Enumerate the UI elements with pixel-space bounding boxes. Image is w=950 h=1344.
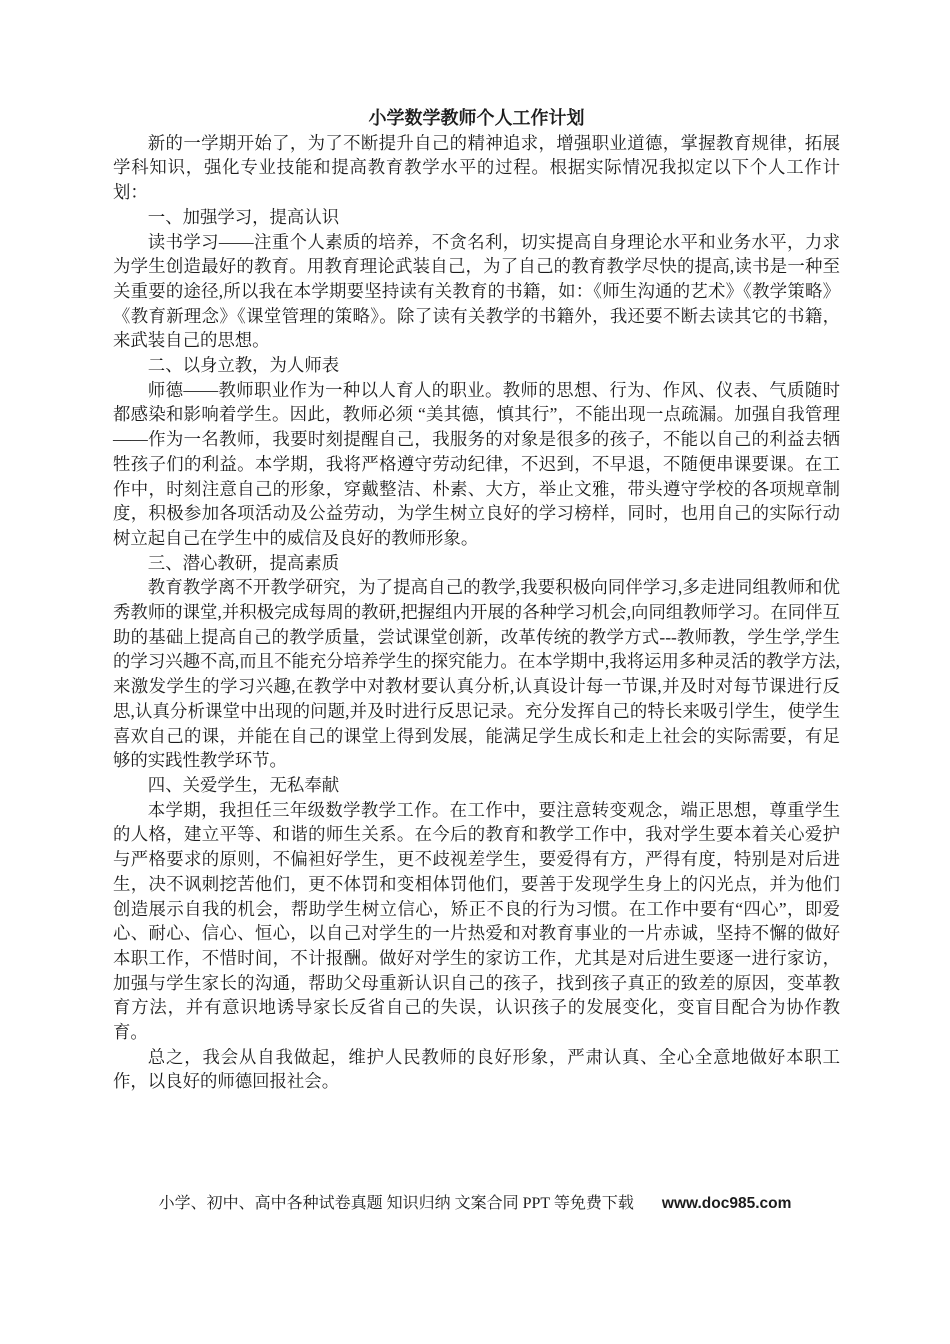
document-body: 小学数学教师个人工作计划 新的一学期开始了，为了不断提升自己的精神追求，增强职业…	[113, 106, 840, 1094]
closing-paragraph: 总之，我会从自我做起，维护人民教师的良好形象，严肃认真、全心全意地做好本职工作，…	[113, 1045, 840, 1094]
section-heading-2: 二、以身立教，为人师表	[113, 353, 840, 378]
document-title: 小学数学教师个人工作计划	[113, 106, 840, 131]
footer-url: www.doc985.com	[662, 1195, 792, 1212]
section-4-paragraph: 本学期，我担任三年级数学教学工作。在工作中，要注意转变观念，端正思想，尊重学生的…	[113, 798, 840, 1045]
section-3-paragraph: 教育教学离不开教学研究，为了提高自己的教学,我要积极向同伴学习,多走进同组教师和…	[113, 575, 840, 773]
page-footer: 小学、初中、高中各种试卷真题 知识归纳 文案合同 PPT 等免费下载www.do…	[0, 1190, 950, 1213]
section-heading-4: 四、关爱学生，无私奉献	[113, 773, 840, 798]
section-heading-3: 三、潜心教研，提高素质	[113, 551, 840, 576]
section-2-paragraph: 师德——教师职业作为一种以人育人的职业。教师的思想、行为、作风、仪表、气质随时都…	[113, 378, 840, 551]
document-page: 小学数学教师个人工作计划 新的一学期开始了，为了不断提升自己的精神追求，增强职业…	[0, 0, 950, 1344]
footer-promo-text: 小学、初中、高中各种试卷真题 知识归纳 文案合同 PPT 等免费下载	[159, 1195, 634, 1212]
section-heading-1: 一、加强学习，提高认识	[113, 205, 840, 230]
paragraph-intro: 新的一学期开始了，为了不断提升自己的精神追求，增强职业道德，掌握教育规律，拓展学…	[113, 131, 840, 205]
section-1-paragraph: 读书学习——注重个人素质的培养，不贪名利，切实提高自身理论水平和业务水平，力求为…	[113, 230, 840, 354]
